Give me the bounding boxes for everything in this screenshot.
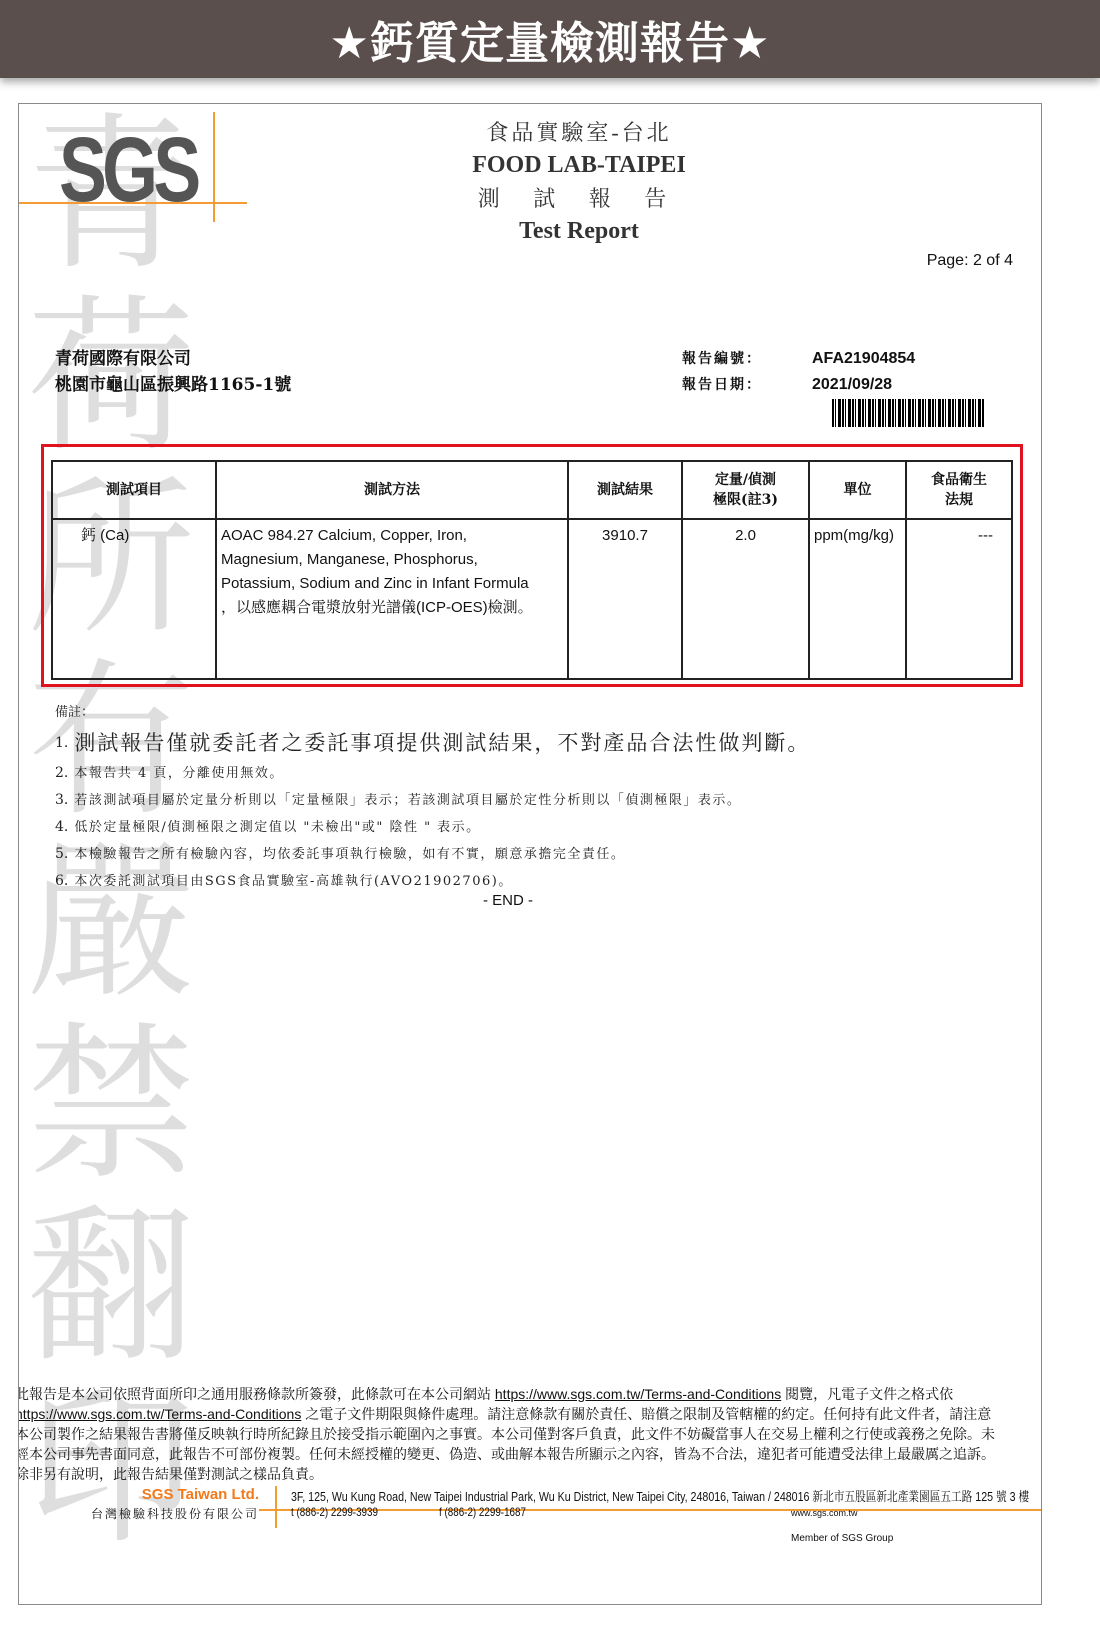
col-header-method: 測試方法 [216,461,568,519]
cell-limit: 2.0 [682,519,809,679]
table-header-row: 測試項目 測試方法 測試結果 定量/偵測極限(註3) 單位 食品衛生法規 [52,461,1012,519]
cell-unit: ppm(mg/kg) [809,519,906,679]
banner-title: ★鈣質定量檢測報告★ [330,7,771,71]
report-number-label: 報告編號： [682,346,812,372]
terms-link[interactable]: https://www.sgs.com.tw/Terms-and-Conditi… [495,1386,781,1402]
end-marker: - END - [483,892,533,909]
report-meta: 報告編號： AFA21904854 報告日期： 2021/09/28 [682,346,915,398]
company-name-en: SGS Taiwan Ltd. [79,1486,259,1503]
notes-heading: 備註： [55,701,810,720]
note-item: 1.測試報告僅就委託者之委託事項提供測試結果，不對產品合法性做判斷。 [55,726,810,760]
footer-company: SGS Taiwan Ltd. 台灣檢驗科技股份有限公司 [79,1486,259,1522]
lab-name-zh: 食品實驗室-台北 [369,116,789,149]
col-header-limit: 定量/偵測極限(註3) [682,461,809,519]
report-number: AFA21904854 [812,346,915,372]
client-info: 青荷國際有限公司 桃園市龜山區振興路1165-1號 [55,346,291,398]
cell-regulation: --- [906,519,1012,679]
footer-address: 3F, 125, Wu Kung Road, New Taipei Indust… [291,1486,1029,1505]
cell-method: AOAC 984.27 Calcium, Copper, Iron, Magne… [216,519,568,679]
report-date: 2021/09/28 [812,372,892,398]
client-name: 青荷國際有限公司 [55,346,291,372]
terms-link[interactable]: https://www.sgs.com.tw/Terms-and-Conditi… [18,1406,301,1422]
footer-member: Member of SGS Group [791,1533,893,1544]
report-title-zh: 測 試 報 告 [369,182,789,215]
client-address: 桃園市龜山區振興路1165-1號 [55,372,291,398]
note-item: 5.本檢驗報告之所有檢驗內容，均依委託事項執行檢驗，如有不實，願意承擔完全責任。 [55,841,810,868]
col-header-unit: 單位 [809,461,906,519]
note-item: 4.低於定量極限/偵測極限之測定值以 "未檢出"或" 陰性 " 表示。 [55,814,810,841]
notes-section: 備註： 1.測試報告僅就委託者之委託事項提供測試結果，不對產品合法性做判斷。 2… [55,701,810,895]
page-banner: ★鈣質定量檢測報告★ [0,0,1100,78]
col-header-item: 測試項目 [52,461,216,519]
company-name-zh: 台灣檢驗科技股份有限公司 [79,1505,259,1522]
cell-result: 3910.7 [568,519,682,679]
report-title-en: Test Report [369,215,789,248]
report-date-label: 報告日期： [682,372,812,398]
col-header-regulation: 食品衛生法規 [906,461,1012,519]
logo-divider-vertical [213,112,215,222]
note-item: 6.本次委託測試項目由SGS食品實驗室-高雄執行(AVO21902706)。 [55,868,810,895]
note-item: 2.本報告共 4 頁，分離使用無效。 [55,760,810,787]
footer-divider-vertical [275,1486,277,1528]
lab-heading: 食品實驗室-台北 FOOD LAB-TAIPEI 測 試 報 告 Test Re… [369,116,789,248]
page-number: Page: 2 of 4 [927,252,1013,270]
note-item: 3.若該測試項目屬於定量分析則以「定量極限」表示；若該測試項目屬於定性分析則以「… [55,787,810,814]
footer-fax: f (886-2) 2299-1687 [439,1505,526,1519]
logo-divider-horizontal [19,202,247,204]
col-header-result: 測試結果 [568,461,682,519]
table-row: 鈣 (Ca) AOAC 984.27 Calcium, Copper, Iron… [52,519,1012,679]
legal-disclaimer: 此報告是本公司依照背面所印之通用服務條款所簽發，此條款可在本公司網站 https… [18,1384,1042,1484]
cell-item: 鈣 (Ca) [52,519,216,679]
barcode [832,399,984,427]
test-report-document: 青 荷 所 有 嚴 禁 翻 印 SGS 食品實驗室-台北 FOOD LAB-TA… [18,103,1042,1605]
footer-phone: t (886-2) 2299-3939 [291,1505,378,1519]
results-table: 測試項目 測試方法 測試結果 定量/偵測極限(註3) 單位 食品衛生法規 鈣 (… [51,460,1013,680]
footer-website[interactable]: www.sgs.com.tw [791,1508,858,1518]
lab-name-en: FOOD LAB-TAIPEI [369,149,789,182]
